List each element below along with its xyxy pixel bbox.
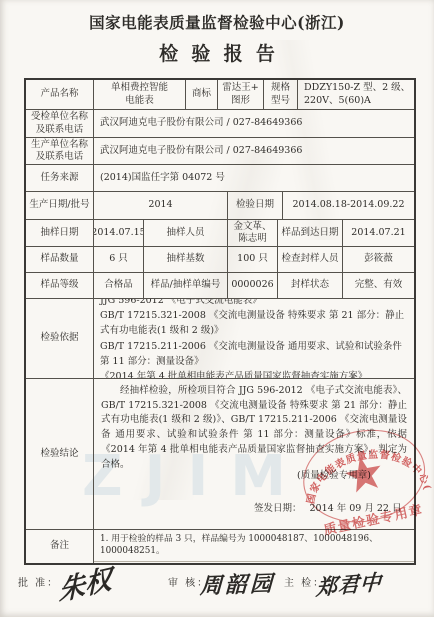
trademark-label: 商标 [186, 80, 218, 109]
seal-check-staff-value: 彭筱薇 [343, 247, 414, 272]
sampling-base-value: 100 只 [228, 247, 278, 272]
sample-grade-label: 样品等级 [26, 273, 94, 298]
basis-line: GB/T 17215.211-2006 《交流电测量设备 通用要求、试验和试验条… [100, 339, 408, 369]
table-row: 样品等级 合格品 样品/抽样单编号 0000026 封样状态 完整、有效 [26, 273, 414, 299]
inspected-unit-value: 武汉阿迪克电子股份有限公司 / 027-84649366 [94, 110, 414, 137]
inspection-date-label: 检验日期 [228, 192, 283, 219]
approve-signature: 朱权 [58, 556, 111, 608]
chief-signature: 郑君中 [315, 566, 382, 602]
approve-label: 批 准： [18, 574, 59, 589]
arrival-date-label: 样品到达日期 [278, 220, 343, 246]
manufacturer-value: 武汉阿迪克电子股份有限公司 / 027-84649366 [94, 138, 414, 164]
production-date-value: 2014 [94, 192, 228, 219]
review-signature: 周韶园 [199, 567, 275, 601]
remarks-cell: 1. 用于检验的样品 3 只，样品编号为 1000048187、10000481… [94, 530, 414, 563]
signature-strip: 批 准： 朱权 审 核： 周韶园 主 检： 郑君中 [0, 563, 434, 617]
product-name-value: 单相费控智能 电能表 [94, 80, 186, 109]
report-title: 检 验 报 告 [0, 39, 434, 66]
sampling-date-value: 2014.07.15 [94, 220, 144, 246]
manufacturer-label: 生产单位名称 及联系电话 [26, 138, 94, 164]
table-row: 样品数量 6 只 抽样基数 100 只 检查封样人员 彭筱薇 [26, 247, 414, 273]
seal-check-staff-label: 检查封样人员 [278, 247, 343, 272]
basis-label: 检验依据 [26, 299, 94, 378]
conclusion-label: 检验结论 [26, 379, 94, 529]
inspected-unit-label: 受检单位名称 及联系电话 [26, 110, 94, 137]
seal-status-label: 封样状态 [278, 273, 343, 298]
table-row: 受检单位名称 及联系电话 武汉阿迪克电子股份有限公司 / 027-8464936… [26, 110, 414, 138]
sampling-staff-label: 抽样人员 [144, 220, 228, 246]
table-row: 抽样日期 2014.07.15 抽样人员 金文革、 陈志明 样品到达日期 201… [26, 220, 414, 247]
basis-line: 《2014 年第 4 批单相电能表产品质量国家监督抽查实施方案》 [100, 369, 367, 378]
trademark-value: 雷达王+ 图形 [218, 80, 264, 109]
center-name: 国家电能表质量监督检验中心(浙江) [0, 11, 434, 33]
spec-value: DDZY150-Z 型、2 级、220V、5(60)A [298, 80, 414, 109]
sampling-date-label: 抽样日期 [26, 220, 94, 246]
sampling-staff-value: 金文革、 陈志明 [228, 220, 278, 246]
sample-qty-label: 样品数量 [26, 247, 94, 272]
table-row: 生产日期/批号 2014 检验日期 2014.08.18-2014.09.22 [26, 192, 414, 220]
arrival-date-value: 2014.07.21 [343, 220, 414, 246]
table-row: 检验依据 JJG 596-2012 《电子式交流电能表》 GB/T 17215.… [26, 299, 414, 379]
basis-line: GB/T 17215.321-2008 《交流电测量设备 特殊要求 第 21 部… [100, 308, 408, 338]
sample-no-value: 0000026 [228, 273, 278, 298]
table-row: 产品名称 单相费控智能 电能表 商标 雷达王+ 图形 规格型号 DDZY150-… [26, 80, 414, 110]
spec-label: 规格型号 [264, 80, 298, 109]
seal-status-value: 完整、有效 [343, 273, 414, 298]
remarks-label: 备注 [26, 530, 94, 563]
task-source-value: (2014)国监任字第 04072 号 [94, 165, 414, 191]
product-name-label: 产品名称 [26, 80, 94, 109]
basis-value: JJG 596-2012 《电子式交流电能表》 GB/T 17215.321-2… [94, 299, 414, 378]
remark-line: 1. 用于检验的样品 3 只，样品编号为 1000048187、10000481… [94, 530, 414, 562]
task-source-label: 任务来源 [26, 165, 94, 191]
sample-qty-value: 6 只 [94, 247, 144, 272]
issue-date-label: 签发日期： [254, 500, 302, 514]
sample-no-label: 样品/抽样单编号 [144, 273, 228, 298]
inspection-date-value: 2014.08.18-2014.09.22 [283, 192, 414, 219]
table-row: 生产单位名称 及联系电话 武汉阿迪克电子股份有限公司 / 027-8464936… [26, 138, 414, 165]
production-date-label: 生产日期/批号 [26, 192, 94, 219]
basis-line: JJG 596-2012 《电子式交流电能表》 [100, 299, 262, 308]
table-row: 任务来源 (2014)国监任字第 04072 号 [26, 165, 414, 192]
inspection-report-page: ZJIM 国家电能表质量监督检验中心(浙江) 检 验 报 告 产品名称 单相费控… [0, 0, 434, 617]
sample-grade-value: 合格品 [94, 273, 144, 298]
table-row: 备注 1. 用于检验的样品 3 只，样品编号为 1000048187、10000… [26, 530, 414, 563]
sampling-base-label: 抽样基数 [144, 247, 228, 272]
